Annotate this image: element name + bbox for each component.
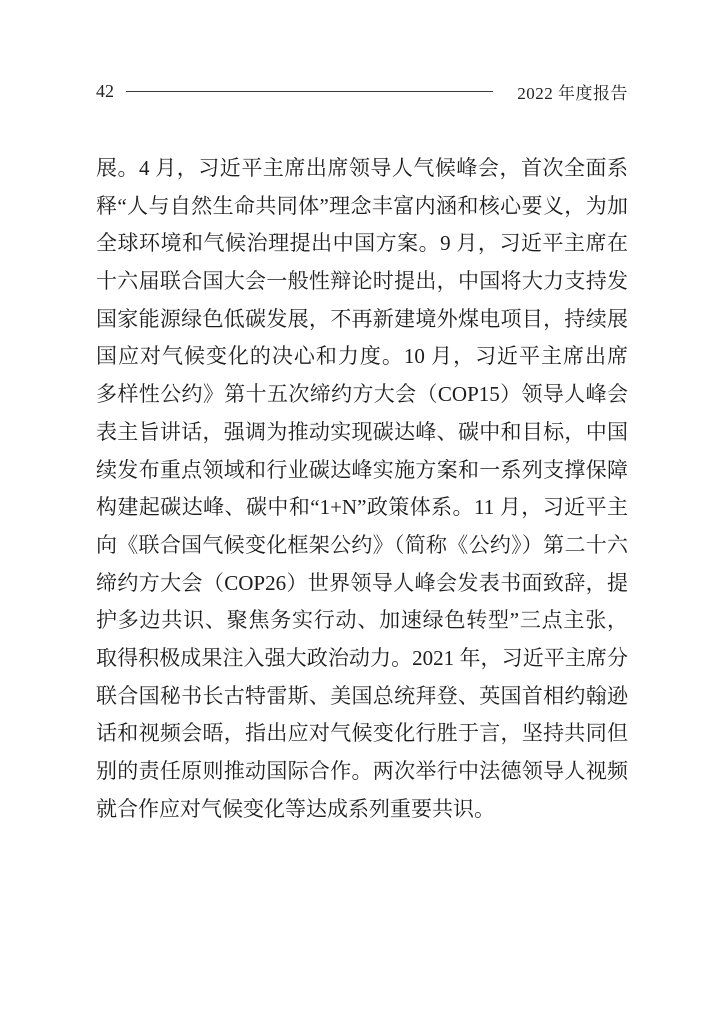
page-number: 42 bbox=[96, 81, 114, 102]
paragraph-line: 表主旨讲话，强调为推动实现碳达峰、碳中和目标，中国将陆 bbox=[96, 414, 628, 452]
paragraph-line: 取得积极成果注入强大政治动力。2021 年，习近平主席分别与 bbox=[96, 640, 628, 678]
paragraph-line: 别的责任原则推动国际合作。两次举行中法德领导人视频峰会， bbox=[96, 753, 628, 791]
document-page: 42 2022 年度报告 展。4 月，习近平主席出席领导人气候峰会，首次全面系统… bbox=[0, 0, 724, 1023]
paragraph-line: 展。4 月，习近平主席出席领导人气候峰会，首次全面系统阐 bbox=[96, 150, 628, 188]
paragraph-line: 缔约方大会（COP26）世界领导人峰会发表书面致辞，提出“维 bbox=[96, 565, 628, 603]
paragraph-line: 就合作应对气候变化等达成系列重要共识。 bbox=[96, 791, 628, 829]
paragraph-line: 国家能源绿色低碳发展，不再新建境外煤电项目，持续展示中 bbox=[96, 301, 628, 339]
page-header: 42 2022 年度报告 bbox=[96, 81, 628, 101]
paragraph-line: 十六届联合国大会一般性辩论时提出，中国将大力支持发展中 bbox=[96, 263, 628, 301]
paragraph-line: 全球环境和气候治理提出中国方案。9 月，习近平主席在第七 bbox=[96, 225, 628, 263]
paragraph-line: 释“人与自然生命共同体”理念丰富内涵和核心要义，为加强 bbox=[96, 188, 628, 226]
paragraph-line: 构建起碳达峰、碳中和“1+N”政策体系。11 月，习近平主席 bbox=[96, 489, 628, 527]
paragraph-line: 国应对气候变化的决心和力度。10 月，习近平主席出席《生物 bbox=[96, 338, 628, 376]
paragraph-line: 多样性公约》第十五次缔约方大会（COP15）领导人峰会并发 bbox=[96, 376, 628, 414]
paragraph-line: 续发布重点领域和行业碳达峰实施方案和一系列支撑保障措施， bbox=[96, 452, 628, 490]
header-title: 2022 年度报告 bbox=[517, 79, 628, 104]
body-paragraph: 展。4 月，习近平主席出席领导人气候峰会，首次全面系统阐 释“人与自然生命共同体… bbox=[96, 150, 628, 828]
paragraph-line: 向《联合国气候变化框架公约》（简称《公约》）第二十六次 bbox=[96, 527, 628, 565]
header-rule bbox=[126, 91, 493, 92]
paragraph-line: 联合国秘书长古特雷斯、美国总统拜登、英国首相约翰逊等通 bbox=[96, 678, 628, 716]
paragraph-line: 护多边共识、聚焦务实行动、加速绿色转型”三点主张，为 COP26 bbox=[96, 602, 628, 640]
paragraph-line: 话和视频会晤，指出应对气候变化行胜于言，坚持共同但有区 bbox=[96, 715, 628, 753]
